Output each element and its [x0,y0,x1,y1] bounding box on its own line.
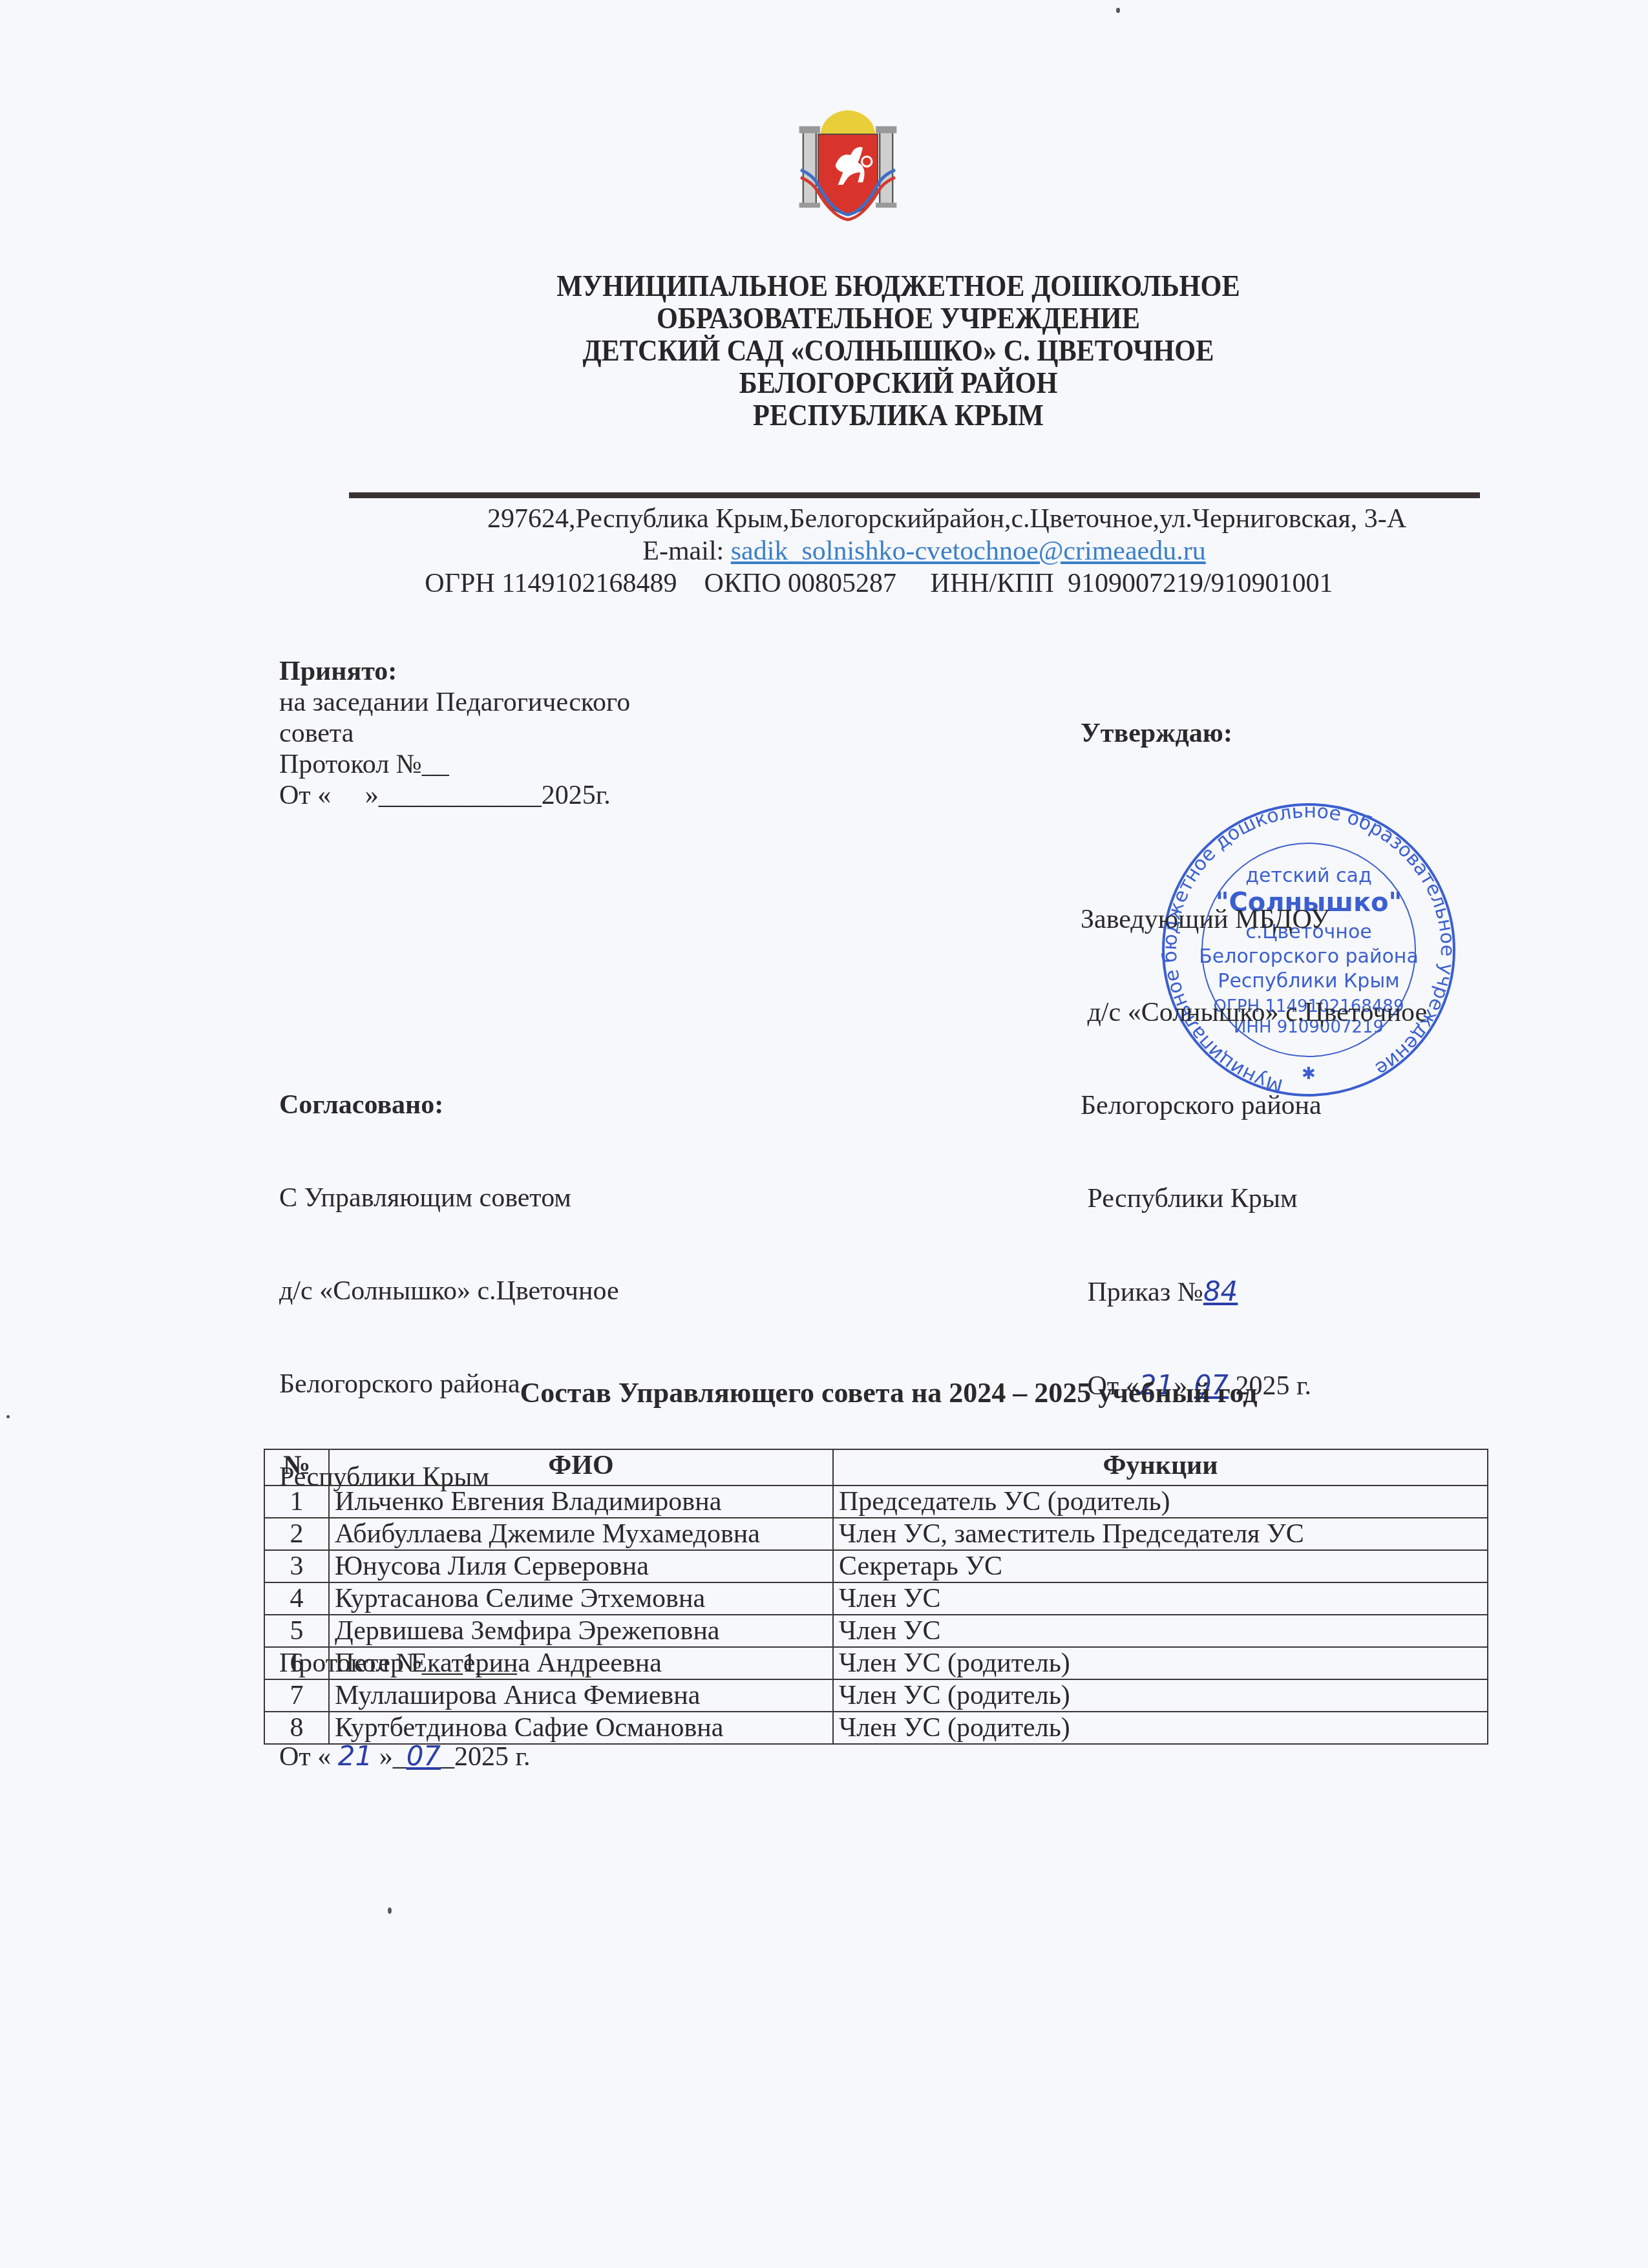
member-name: Куртасанова Селиме Этхемовна [329,1582,833,1615]
accepted-line: Протокол №__ [279,749,630,780]
row-number: 7 [264,1679,329,1712]
approved-line: Белогорского района [1081,1090,1427,1121]
row-number: 8 [264,1712,329,1744]
institution-header: МУНИЦИПАЛЬНОЕ БЮДЖЕТНОЕ ДОШКОЛЬНОЕ ОБРАЗ… [405,270,1391,432]
approved-order: Приказ №84 [1081,1276,1427,1308]
member-role: Член УС (родитель) [833,1712,1488,1744]
row-number: 6 [264,1647,329,1679]
crimea-coat-of-arms-icon [783,102,913,238]
accepted-title: Принято: [279,656,630,687]
row-number: 4 [264,1582,329,1615]
member-role: Член УС (родитель) [833,1647,1488,1679]
member-role: Председатель УС (родитель) [833,1486,1488,1518]
table-row: 2Абибуллаева Джемиле МухамедовнаЧлен УС,… [264,1518,1488,1550]
header-line: МУНИЦИПАЛЬНОЕ БЮДЖЕТНОЕ ДОШКОЛЬНОЕ [405,270,1391,302]
member-role: Член УС (родитель) [833,1679,1488,1712]
member-name: Петер Екатерина Андреевна [329,1647,833,1679]
header-line: РЕСПУБЛИКА КРЫМ [405,399,1391,432]
member-role: Член УС [833,1582,1488,1615]
table-header-row: № ФИО Функции [264,1449,1488,1486]
table-row: 6Петер Екатерина АндреевнаЧлен УС (родит… [264,1647,1488,1679]
column-header-name: ФИО [329,1449,833,1486]
table-row: 4Куртасанова Селиме ЭтхемовнаЧлен УС [264,1582,1488,1615]
table-row: 7Муллаширова Аниса ФемиевнаЧлен УС (роди… [264,1679,1488,1712]
address: 297624,Республика Крым,Белогорскийрайон,… [304,503,1506,535]
member-name: Муллаширова Аниса Фемиевна [329,1679,833,1712]
header-divider [349,492,1480,498]
approved-block: Утверждаю: Заведующий МБДОУ д/с «Солнышк… [1081,656,1427,1433]
handwritten-month: 07 [407,1740,441,1772]
approved-title: Утверждаю: [1081,718,1427,749]
agreed-title: Согласовано: [279,1089,619,1120]
member-role: Член УС [833,1615,1488,1647]
table-row: 8Куртбетдинова Сафие ОсмановнаЧлен УС (р… [264,1712,1488,1744]
member-role: Секретарь УС [833,1550,1488,1582]
email-label: E-mail: [642,536,730,566]
header-line: ДЕТСКИЙ САД «СОЛНЫШКО» С. ЦВЕТОЧНОЕ [405,335,1391,367]
header-line: ОБРАЗОВАТЕЛЬНОЕ УЧРЕЖДЕНИЕ [405,302,1391,335]
accepted-line: совета [279,718,630,749]
scan-speck [1116,8,1120,13]
council-table: № ФИО Функции 1Ильченко Евгения Владимир… [264,1449,1488,1745]
member-name: Куртбетдинова Сафие Османовна [329,1712,833,1744]
header-line: БЕЛОГОРСКИЙ РАЙОН [405,367,1391,399]
accepted-line: на заседании Педагогического [279,687,630,718]
agreed-line: д/с «Солнышко» с.Цветочное [279,1276,619,1307]
accepted-date: От « »____________2025г. [279,780,630,811]
table-row: 3Юнусова Лиля СерверовнаСекретарь УС [264,1550,1488,1582]
column-header-number: № [264,1449,329,1486]
row-number: 5 [264,1615,329,1647]
table-row: 1Ильченко Евгения ВладимировнаПредседате… [264,1486,1488,1518]
member-name: Ильченко Евгения Владимировна [329,1486,833,1518]
accepted-block: Принято: на заседании Педагогического со… [279,656,630,811]
approved-line: д/с «Солнышко» с.Цветочное [1081,997,1427,1028]
agreed-line: С Управляющим советом [279,1182,619,1213]
contact-block: 297624,Республика Крым,Белогорскийрайон,… [304,503,1506,600]
member-name: Абибуллаева Джемиле Мухамедовна [329,1518,833,1550]
table-title: Состав Управляющего совета на 2024 – 202… [259,1376,1519,1409]
scan-speck [388,1907,392,1914]
row-number: 3 [264,1550,329,1582]
handwritten-order-number: 84 [1203,1276,1238,1307]
member-role: Член УС, заместитель Председателя УС [833,1518,1488,1550]
email-link[interactable]: sadik_solnishko-cvetochnoe@crimeaedu.ru [731,536,1206,566]
handwritten-day: 21 [338,1740,372,1772]
row-number: 2 [264,1518,329,1550]
approved-line: Заведующий МБДОУ [1081,904,1427,935]
scan-speck [6,1415,10,1418]
member-name: Дервишева Земфира Эрежеповна [329,1615,833,1647]
column-header-role: Функции [833,1449,1488,1486]
member-name: Юнусова Лиля Серверовна [329,1550,833,1582]
agreed-date: От « 21 »_07_2025 г. [279,1741,619,1772]
table-row: 5Дервишева Земфира ЭрежеповнаЧлен УС [264,1615,1488,1647]
row-number: 1 [264,1486,329,1518]
registry-numbers: ОГРН 1149102168489 ОКПО 00805287 ИНН/КПП… [304,567,1506,600]
approved-line: Республики Крым [1081,1183,1427,1214]
